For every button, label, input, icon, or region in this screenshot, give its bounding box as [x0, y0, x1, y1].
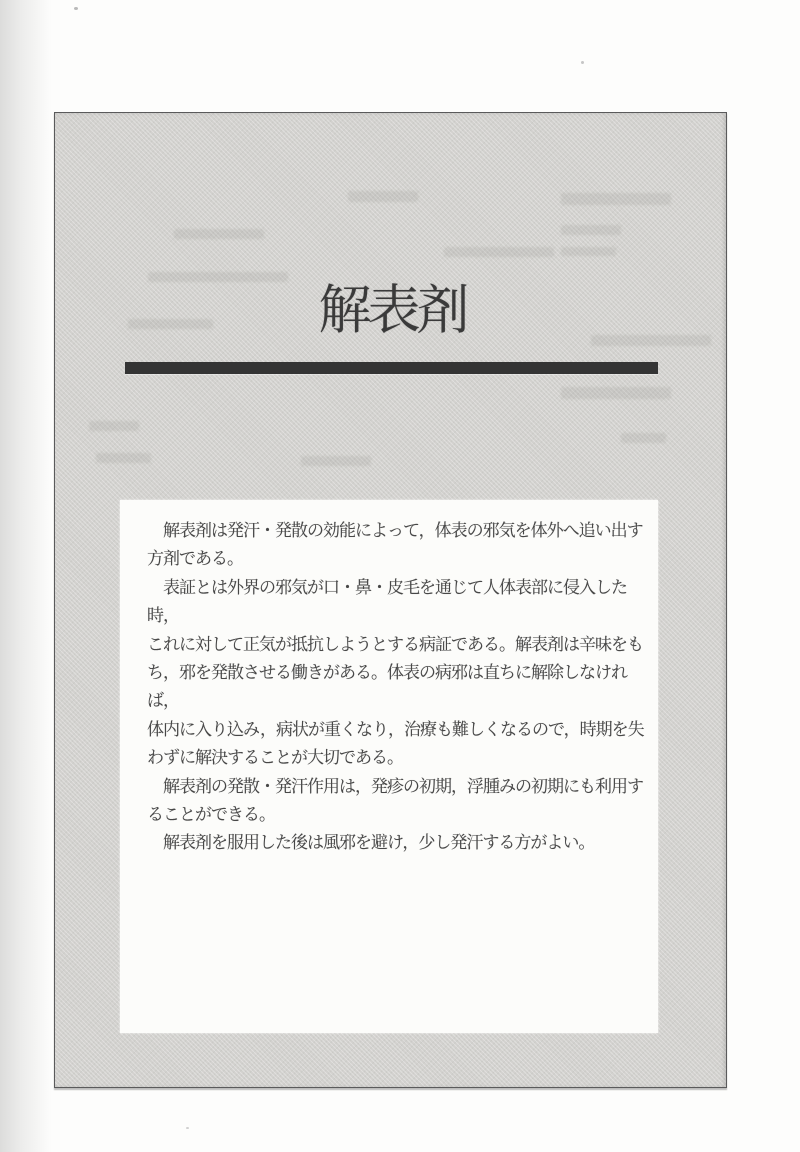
bleedthrough-smudge: [561, 225, 621, 235]
intro-text: 解表剤は発汗・発散の効能によって，体表の邪気を体外へ追い出す 方剤である。 表証…: [147, 517, 644, 858]
intro-panel: 解表剤は発汗・発散の効能によって，体表の邪気を体外へ追い出す 方剤である。 表証…: [120, 500, 658, 1033]
book-page: 解表剤 解表剤は発汗・発散の効能によって，体表の邪気を体外へ追い出す 方剤である…: [54, 112, 727, 1088]
scan-speck: [74, 7, 78, 10]
scan-speck: [186, 1127, 189, 1129]
bleedthrough-smudge: [444, 247, 554, 257]
bleedthrough-smudge: [561, 387, 671, 399]
bleedthrough-smudge: [148, 272, 288, 282]
bleedthrough-smudge: [561, 247, 616, 256]
bleedthrough-smudge: [561, 193, 671, 205]
scan-background: { "document": { "chapter_title": "解表剤", …: [0, 0, 800, 1152]
scan-gutter-shadow: [0, 0, 52, 1152]
chapter-title: 解表剤: [126, 283, 658, 339]
scan-speck: [581, 61, 584, 64]
bleedthrough-smudge: [174, 229, 264, 239]
bleedthrough-smudge: [96, 453, 151, 463]
bleedthrough-smudge: [348, 191, 418, 202]
bleedthrough-smudge: [621, 433, 666, 443]
bleedthrough-smudge: [301, 456, 371, 466]
title-rule: [125, 362, 658, 374]
bleedthrough-smudge: [89, 421, 139, 431]
